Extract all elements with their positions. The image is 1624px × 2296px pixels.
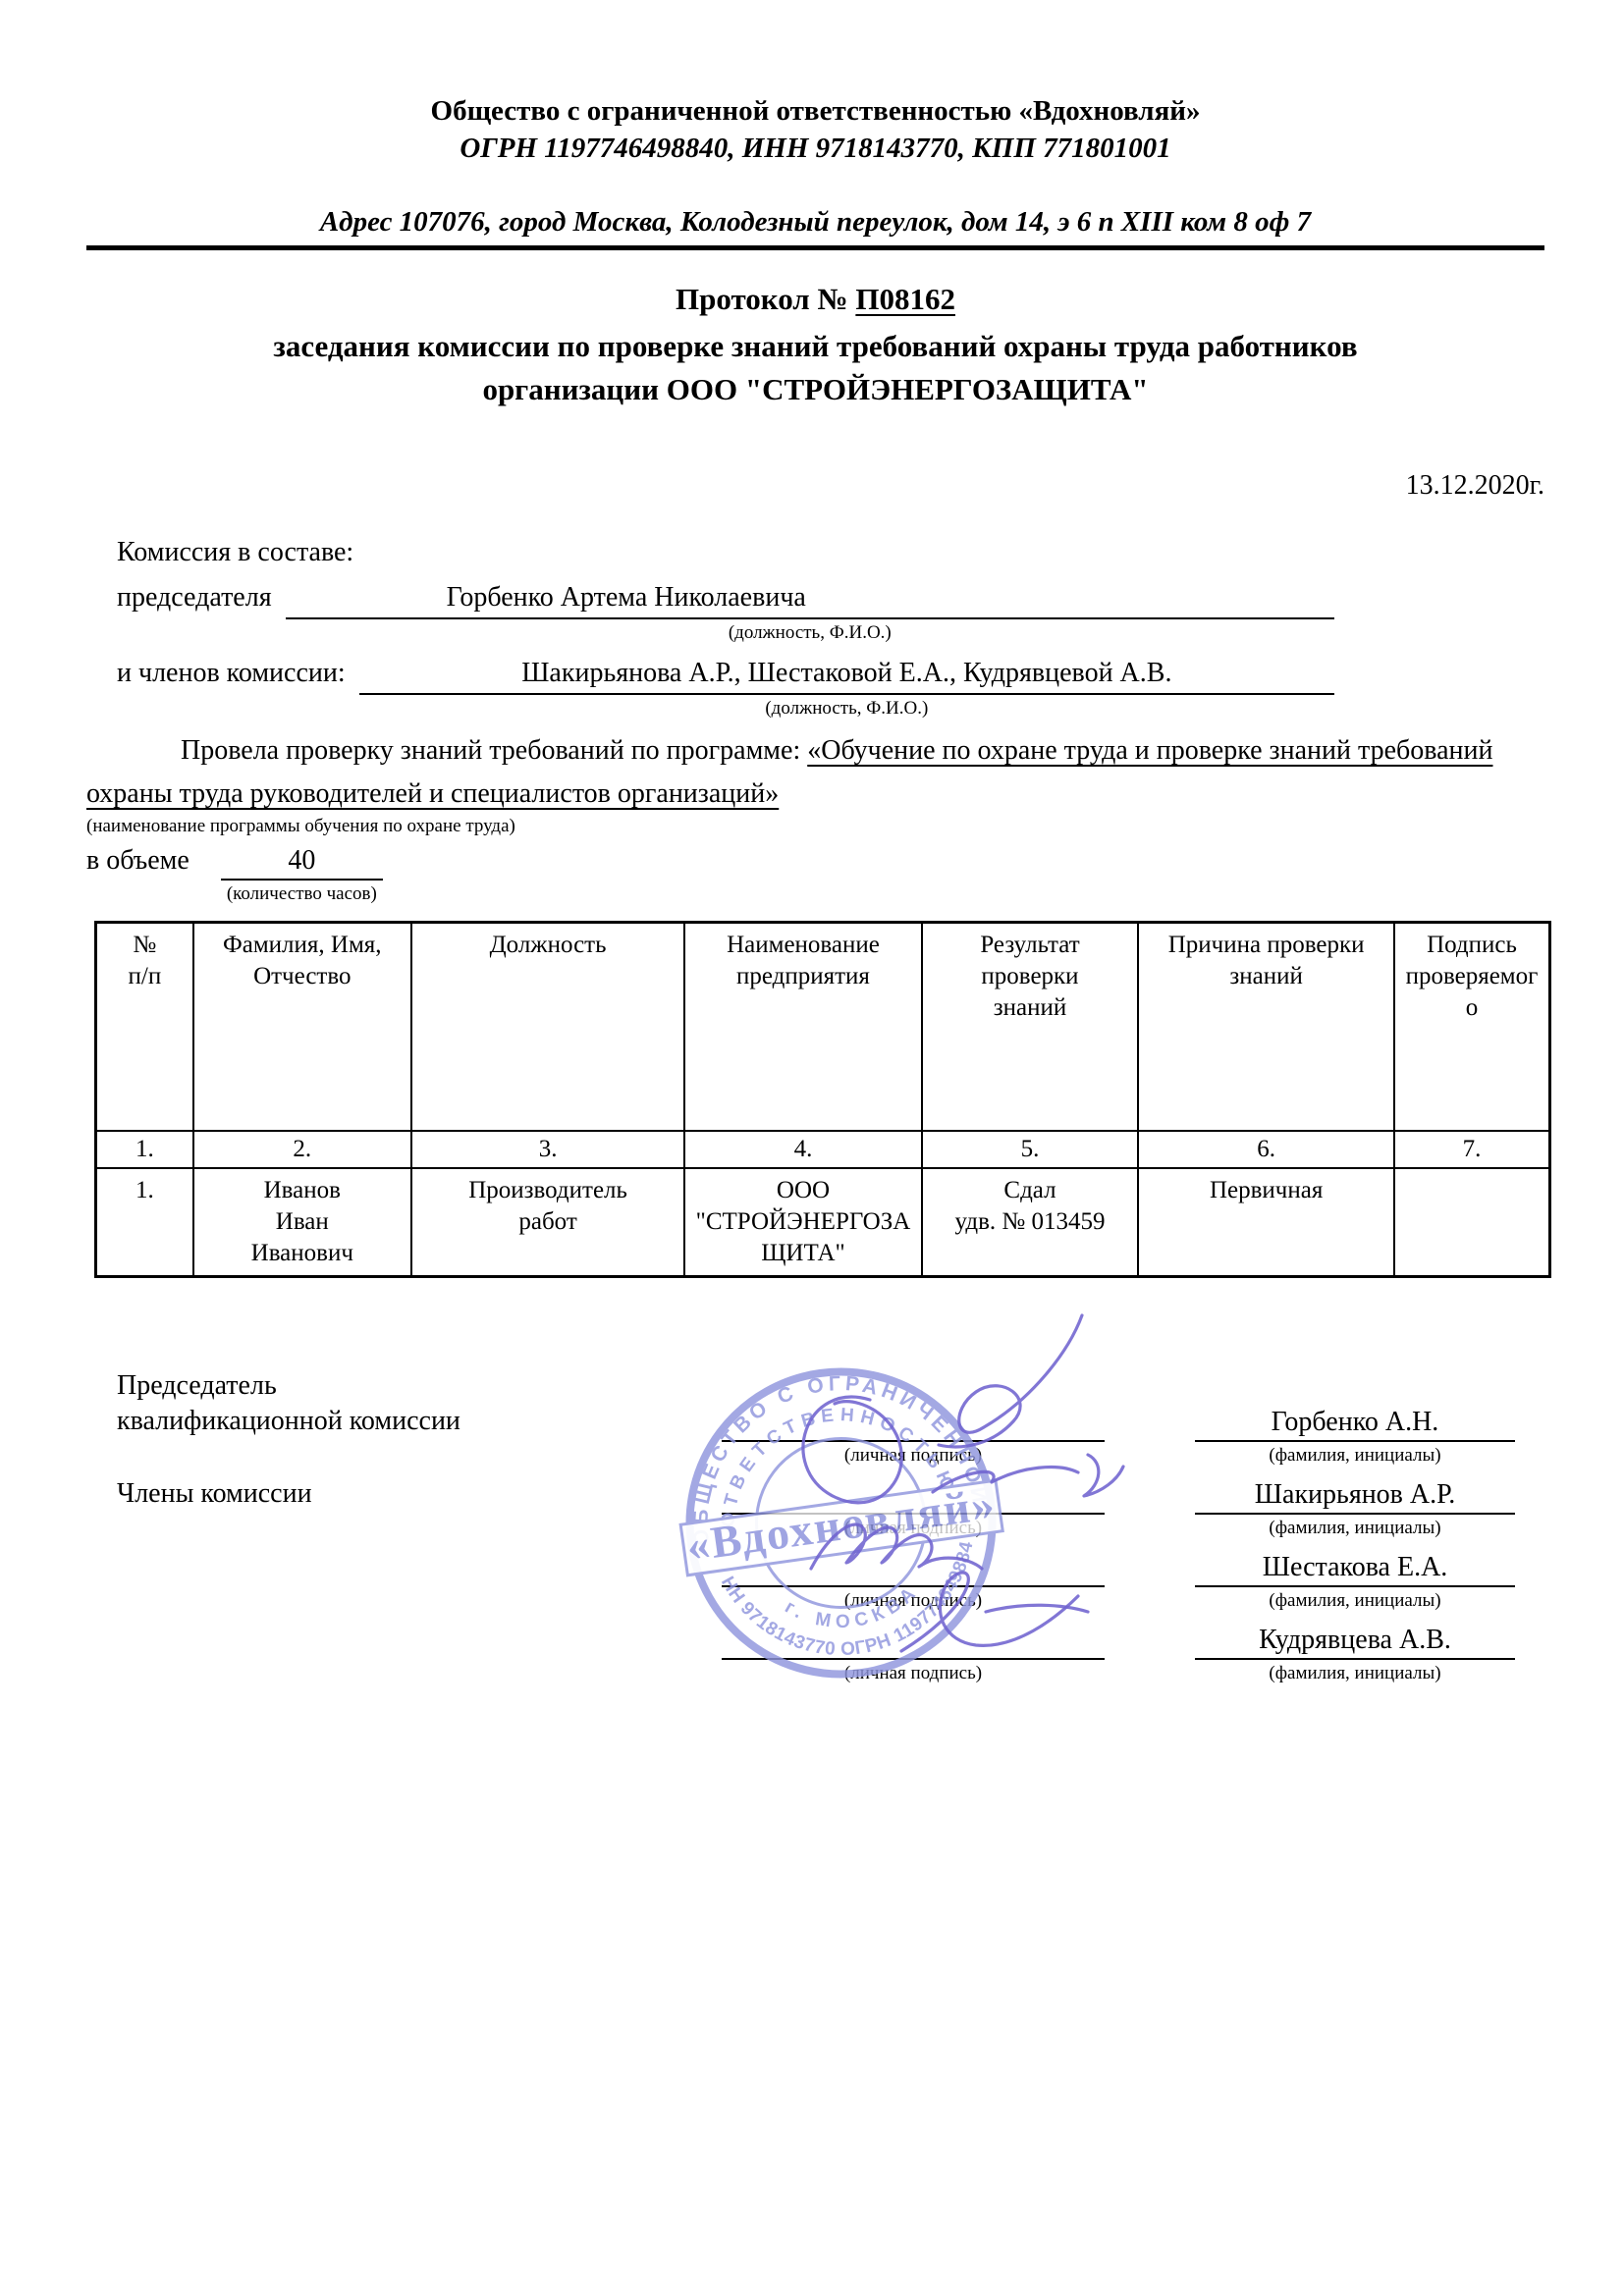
name-initials-hint: (фамилия, инициалы)	[1195, 1590, 1515, 1612]
volume-label: в объеме	[86, 845, 189, 877]
signature-section: Председатель квалификационной комиссии (…	[86, 1368, 1544, 1684]
volume-value: 40	[221, 845, 383, 881]
cell-position: Производитель работ	[411, 1168, 684, 1277]
signature-row-chairman: Председатель квалификационной комиссии (…	[86, 1368, 1544, 1467]
signature-row-member-3: (личная подпись) Кудрявцева А.В. (фамили…	[86, 1621, 1544, 1684]
signer-name: Шестакова Е.А.	[1195, 1548, 1515, 1587]
position-fio-hint: (должность, Ф.И.О.)	[286, 622, 1334, 644]
members-field: Шакирьянова А.Р., Шестаковой Е.А., Кудря…	[359, 658, 1334, 720]
protocol-document-page: Общество с ограниченной ответственностью…	[0, 0, 1624, 2296]
signature-field: (личная подпись)	[722, 1475, 1105, 1539]
cell-company: ООО "СТРОЙЭНЕРГОЗАЩИТА"	[684, 1168, 921, 1277]
program-hint: (наименование программы обучения по охра…	[86, 816, 1544, 837]
numbering-cell: 2.	[193, 1131, 411, 1168]
signer-name-field: Кудрявцева А.В. (фамилия, инициалы)	[1195, 1621, 1515, 1684]
program-lead: Провела проверку знаний требований по пр…	[181, 735, 807, 766]
commission-heading: Комиссия в составе:	[117, 537, 1544, 568]
signer-name: Кудрявцева А.В.	[1195, 1621, 1515, 1660]
signature-line	[722, 1403, 1105, 1442]
header-cell-num: № п/п	[96, 923, 193, 1131]
header-cell-fio: Фамилия, Имя, Отчество	[193, 923, 411, 1131]
header-cell-signature: Подпись проверяемого	[1394, 923, 1550, 1131]
commission-section: Комиссия в составе: председателя Горбенк…	[117, 537, 1544, 720]
org-requisites: ОГРН 1197746498840, ИНН 9718143770, КПП …	[86, 133, 1544, 165]
cell-result: Сдал удв. № 013459	[922, 1168, 1139, 1277]
signature-field: (личная подпись)	[722, 1403, 1105, 1467]
chairman-role-label: Председатель квалификационной комиссии	[86, 1368, 722, 1467]
personal-sign-hint: (личная подпись)	[722, 1590, 1105, 1612]
org-name: Общество с ограниченной ответственностью…	[86, 0, 1544, 129]
members-names-line: Шакирьянова А.Р., Шестаковой Е.А., Кудря…	[359, 658, 1334, 695]
cell-reason: Первичная	[1138, 1168, 1394, 1277]
numbering-cell: 5.	[922, 1131, 1139, 1168]
members-label: и членов комиссии:	[117, 658, 346, 689]
signer-name-field: Горбенко А.Н. (фамилия, инициалы)	[1195, 1403, 1515, 1467]
volume-row: в объеме 40 (количество часов)	[86, 845, 1544, 905]
protocol-title: Протокол № П08162	[86, 282, 1544, 317]
members-role-label: Члены комиссии	[86, 1476, 722, 1538]
position-fio-hint: (должность, Ф.И.О.)	[359, 698, 1334, 720]
volume-hint: (количество часов)	[227, 883, 377, 905]
signature-line	[722, 1621, 1105, 1660]
cell-num: 1.	[96, 1168, 193, 1277]
personal-sign-hint: (личная подпись)	[722, 1445, 1105, 1467]
chairman-row: председателя Горбенко Артема Николаевича…	[117, 582, 1544, 644]
signer-name: Шакирьянов А.Р.	[1195, 1475, 1515, 1515]
empty-role	[86, 1585, 722, 1612]
table-row: 1. Иванов Иван Иванович Производитель ра…	[96, 1168, 1550, 1277]
program-paragraph: Провела проверку знаний требований по пр…	[86, 729, 1544, 816]
header-cell-company: Наименование предприятия	[684, 923, 921, 1131]
results-table: № п/п Фамилия, Имя, Отчество Должность Н…	[94, 921, 1551, 1278]
header-cell-reason: Причина проверки знаний	[1138, 923, 1394, 1131]
header-rule	[86, 245, 1544, 250]
signer-name: Горбенко А.Н.	[1195, 1403, 1515, 1442]
header-cell-result: Результат проверки знаний	[922, 923, 1139, 1131]
signer-name-field: Шакирьянов А.Р. (фамилия, инициалы)	[1195, 1475, 1515, 1539]
chairman-name-line: Горбенко Артема Николаевича	[286, 582, 1334, 619]
cell-signature	[1394, 1168, 1550, 1277]
volume-field: 40 (количество часов)	[221, 845, 383, 905]
signature-line	[722, 1548, 1105, 1587]
signature-row-member-2: (личная подпись) Шестакова Е.А. (фамилия…	[86, 1548, 1544, 1612]
signature-line	[722, 1475, 1105, 1515]
header-cell-position: Должность	[411, 923, 684, 1131]
personal-sign-hint: (личная подпись)	[722, 1663, 1105, 1684]
cell-fio: Иванов Иван Иванович	[193, 1168, 411, 1277]
name-initials-hint: (фамилия, инициалы)	[1195, 1663, 1515, 1684]
numbering-cell: 3.	[411, 1131, 684, 1168]
table-header-row: № п/п Фамилия, Имя, Отчество Должность Н…	[96, 923, 1550, 1131]
signature-row-member-1: Члены комиссии (личная подпись) Шакирьян…	[86, 1475, 1544, 1539]
org-address: Адрес 107076, город Москва, Колодезный п…	[86, 206, 1544, 239]
numbering-cell: 4.	[684, 1131, 921, 1168]
signature-field: (личная подпись)	[722, 1621, 1105, 1684]
personal-sign-hint: (личная подпись)	[722, 1518, 1105, 1539]
chairman-label: председателя	[117, 582, 272, 614]
document-date: 13.12.2020г.	[86, 470, 1544, 502]
numbering-cell: 6.	[1138, 1131, 1394, 1168]
protocol-subtitle-line2: организации ООО "СТРОЙЭНЕРГОЗАЩИТА"	[86, 372, 1544, 407]
numbering-cell: 1.	[96, 1131, 193, 1168]
numbering-cell: 7.	[1394, 1131, 1550, 1168]
signer-name-field: Шестакова Е.А. (фамилия, инициалы)	[1195, 1548, 1515, 1612]
protocol-title-prefix: Протокол №	[676, 282, 855, 316]
empty-role	[86, 1658, 722, 1684]
chairman-field: Горбенко Артема Николаевича (должность, …	[286, 582, 1334, 644]
members-row: и членов комиссии: Шакирьянова А.Р., Шес…	[117, 658, 1544, 720]
signature-field: (личная подпись)	[722, 1548, 1105, 1612]
name-initials-hint: (фамилия, инициалы)	[1195, 1518, 1515, 1539]
name-initials-hint: (фамилия, инициалы)	[1195, 1445, 1515, 1467]
protocol-number: П08162	[855, 282, 955, 316]
protocol-subtitle-line1: заседания комиссии по проверке знаний тр…	[86, 329, 1544, 364]
table-numbering-row: 1. 2. 3. 4. 5. 6. 7.	[96, 1131, 1550, 1168]
